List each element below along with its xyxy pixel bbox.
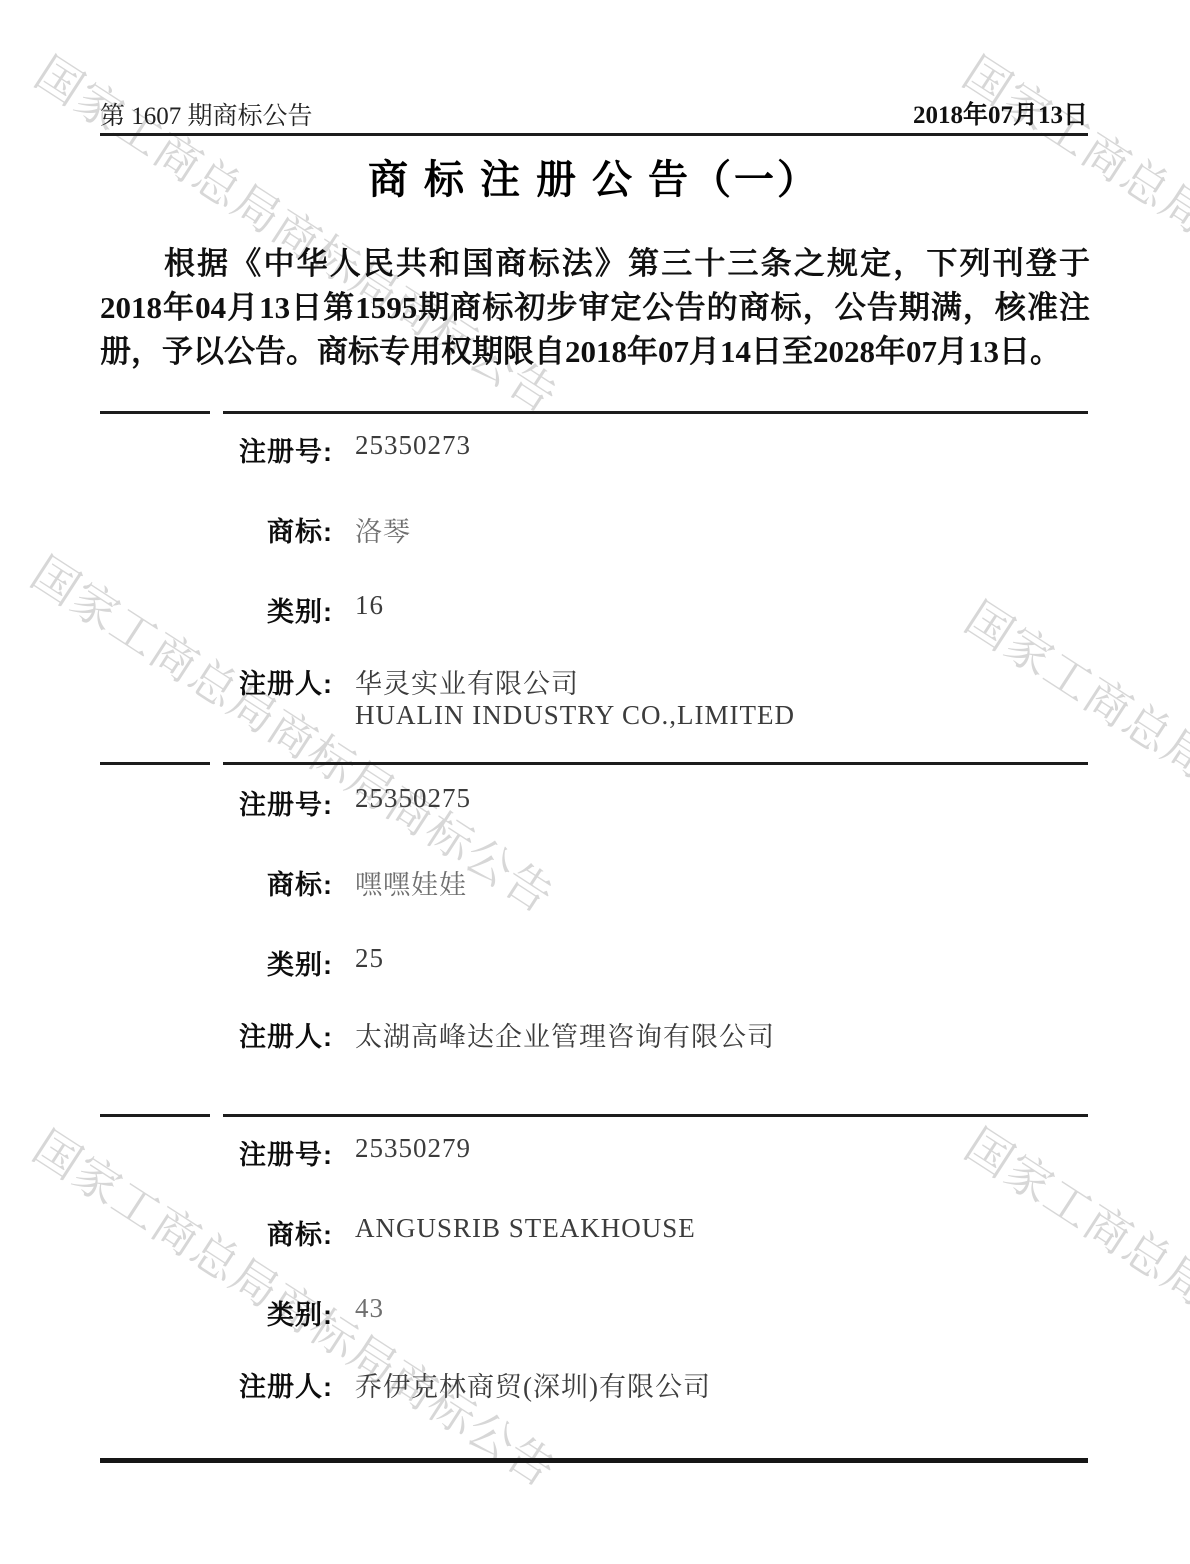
field-value-registrant: 乔伊克林商贸(深圳)有限公司 bbox=[355, 1365, 711, 1404]
field-value-class: 16 bbox=[355, 590, 384, 621]
field-label-registrant: 注册人: bbox=[100, 1015, 333, 1054]
field-value-registrant: 华灵实业有限公司 bbox=[355, 662, 579, 701]
field-label-mark: 商标: bbox=[100, 1213, 333, 1252]
field-value-reg-no: 25350279 bbox=[355, 1133, 471, 1164]
field-value-registrant: 太湖高峰达企业管理咨询有限公司 bbox=[355, 1015, 775, 1054]
field-value-mark: 洛琴 bbox=[355, 510, 411, 549]
field-value-class: 43 bbox=[355, 1293, 384, 1324]
field-value-mark: ANGUSRIB STEAKHOUSE bbox=[355, 1213, 696, 1244]
field-label-reg-no: 注册号: bbox=[100, 430, 333, 469]
record-separator bbox=[100, 762, 1088, 765]
field-label-registrant: 注册人: bbox=[100, 1365, 333, 1404]
field-value-reg-no: 25350275 bbox=[355, 783, 471, 814]
field-value-mark: 嘿嘿娃娃 bbox=[355, 863, 467, 902]
field-label-mark: 商标: bbox=[100, 510, 333, 549]
rule-nick bbox=[210, 411, 223, 414]
field-label-registrant: 注册人: bbox=[100, 662, 333, 701]
rule-nick bbox=[210, 762, 223, 765]
header-date: 2018年07月13日 bbox=[913, 95, 1088, 131]
field-label-reg-no: 注册号: bbox=[100, 783, 333, 822]
header-issue-number: 第 1607 期商标公告 bbox=[100, 96, 313, 132]
field-label-class: 类别: bbox=[100, 590, 333, 629]
gazette-page: 国家工商总局商标局商标公告 国家工商总局商标局商标公告 国家工商总局商标局商标公… bbox=[0, 0, 1190, 1564]
header-rule bbox=[100, 133, 1088, 136]
page-content: 第 1607 期商标公告 2018年07月13日 商 标 注 册 公 告（一） … bbox=[0, 0, 1190, 1564]
field-value-reg-no: 25350273 bbox=[355, 430, 471, 461]
field-label-class: 类别: bbox=[100, 943, 333, 982]
page-title: 商 标 注 册 公 告（一） bbox=[100, 148, 1088, 205]
field-value-class: 25 bbox=[355, 943, 384, 974]
field-label-class: 类别: bbox=[100, 1293, 333, 1332]
field-value-registrant-en: HUALIN INDUSTRY CO.,LIMITED bbox=[355, 700, 795, 731]
record-separator bbox=[100, 411, 1088, 414]
record-separator bbox=[100, 1114, 1088, 1117]
page-bottom-rule bbox=[100, 1458, 1088, 1463]
rule-nick bbox=[210, 1114, 223, 1117]
intro-paragraph: 根据《中华人民共和国商标法》第三十三条之规定，下列刊登于2018年04月13日第… bbox=[100, 242, 1090, 374]
field-label-reg-no: 注册号: bbox=[100, 1133, 333, 1172]
field-label-mark: 商标: bbox=[100, 863, 333, 902]
